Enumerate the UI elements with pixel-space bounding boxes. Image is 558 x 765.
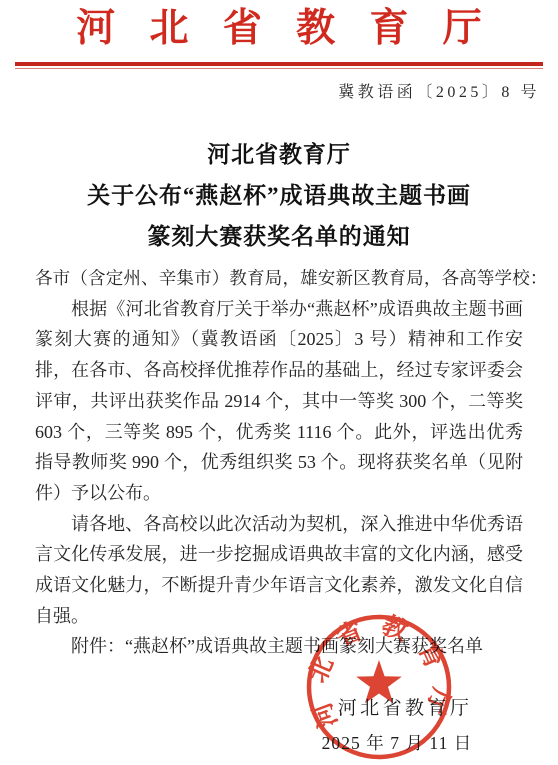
notice-title-line-3: 篆刻大赛获奖名单的通知 xyxy=(0,216,558,257)
body-paragraph-1: 根据《河北省教育厅关于举办“燕赵杯”成语典故主题书画篆刻大赛的通知》（冀教语函〔… xyxy=(35,294,523,509)
letterhead-divider-thin xyxy=(15,68,543,69)
notice-title-line-2: 关于公布“燕赵杯”成语典故主题书画 xyxy=(0,175,558,216)
attachment-line: 附件：“燕赵杯”成语典故主题书画篆刻大赛获奖名单 xyxy=(35,631,523,662)
letterhead-divider xyxy=(15,62,543,69)
official-document-page: 河北省教育厅 冀教语函〔2025〕8 号 河北省教育厅 关于公布“燕赵杯”成语典… xyxy=(0,0,558,765)
issuer-signature: 河北省教育厅 xyxy=(320,698,490,720)
notice-title-line-1: 河北省教育厅 xyxy=(0,134,558,175)
letterhead-title: 河北省教育厅 xyxy=(0,0,558,52)
document-number: 冀教语函〔2025〕8 号 xyxy=(0,82,558,104)
seal-star-icon xyxy=(356,660,402,703)
notice-body: 各市（含定州、辛集市）教育局，雄安新区教育局，各高等学校： 根据《河北省教育厅关… xyxy=(35,263,523,662)
notice-title: 河北省教育厅 关于公布“燕赵杯”成语典故主题书画 篆刻大赛获奖名单的通知 xyxy=(0,134,558,257)
body-paragraph-2: 请各地、各高校以此次活动为契机，深入推进中华优秀语言文化传承发展，进一步挖掘成语… xyxy=(35,509,523,632)
salutation-line: 各市（含定州、辛集市）教育局，雄安新区教育局，各高等学校： xyxy=(35,263,523,294)
issue-date: 2025 年 7 月 11 日 xyxy=(312,733,482,754)
